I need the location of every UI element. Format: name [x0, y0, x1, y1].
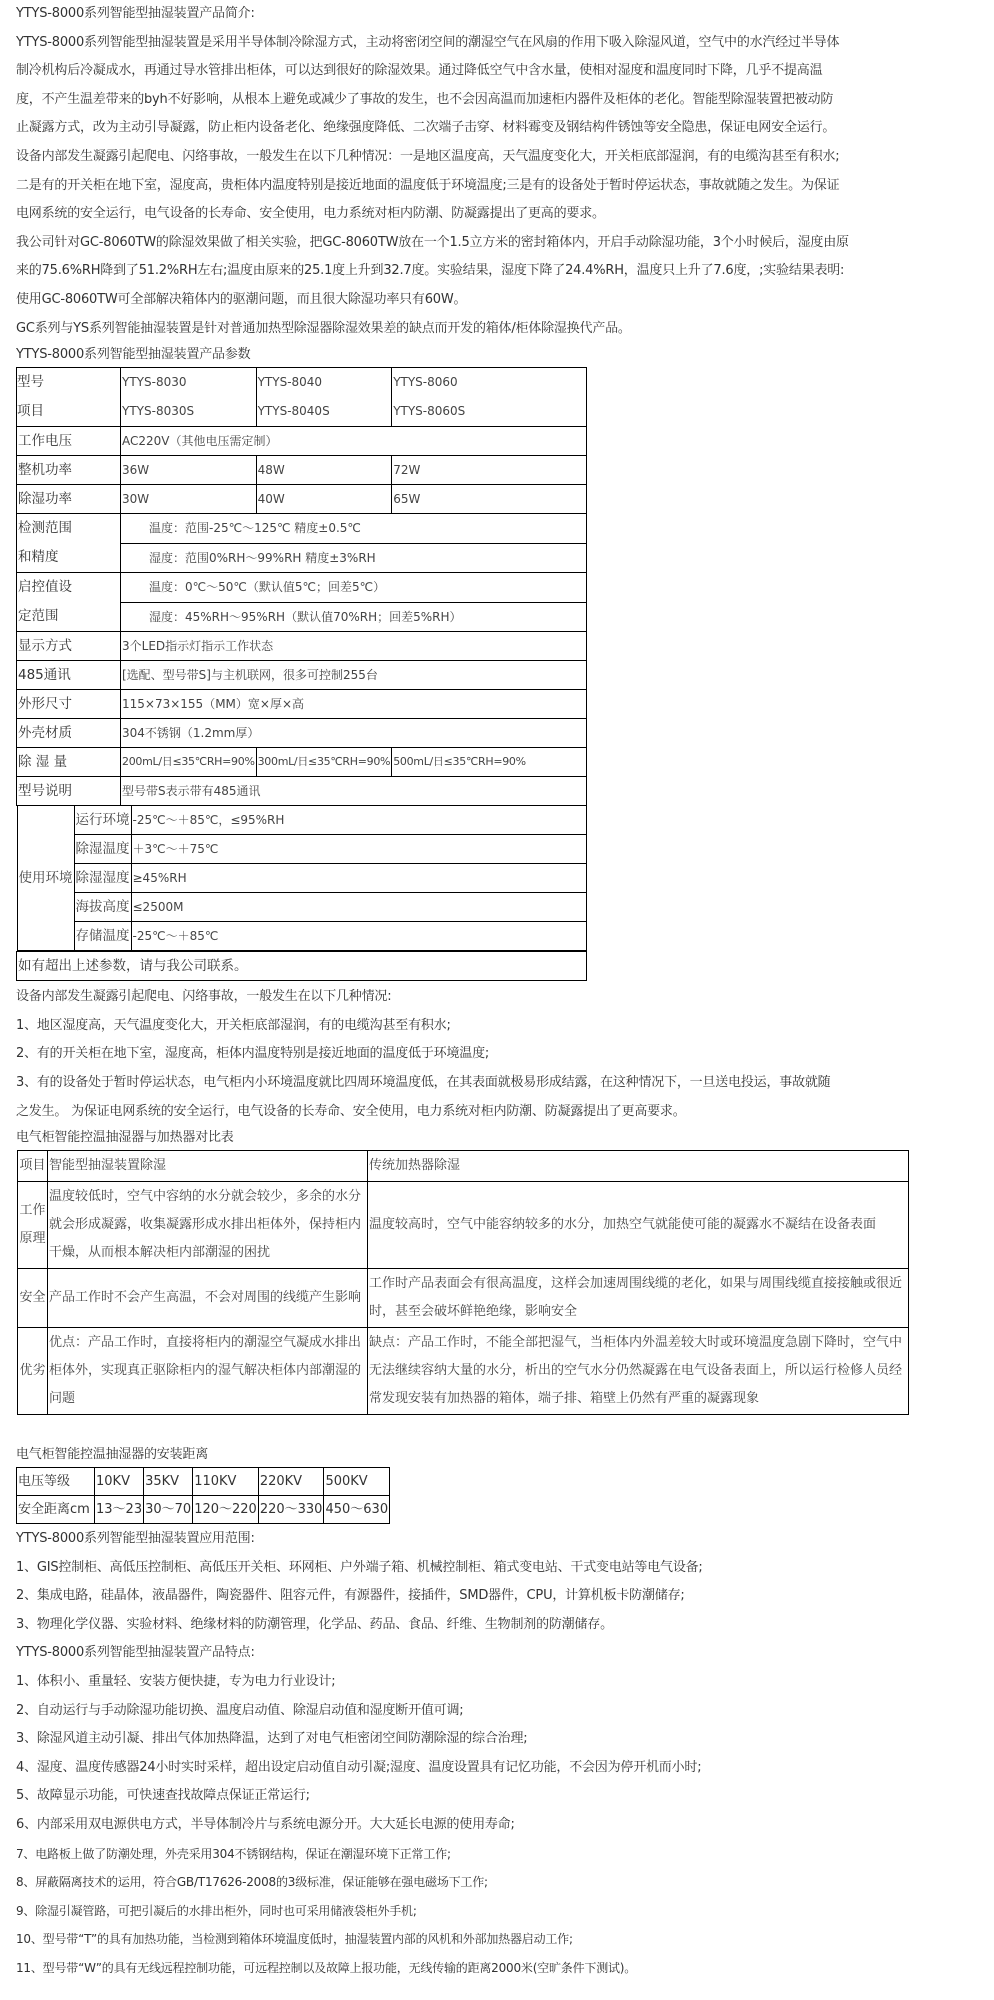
params-value: 3个LED指示灯指示工作状态 — [121, 632, 587, 661]
intro-line: 度，不产生温差带来的byh不好影响，从根本上避免或减少了事故的发生，也不会因高温… — [16, 86, 994, 115]
compare-cell: 工作时产品表面会有很高温度，这样会加速周围线缆的老化，如果与周围线缆直接接触或很… — [368, 1269, 909, 1328]
conditions-item: 之发生。 为保证电网系统的安全运行，电气设备的长寿命、安全使用，电力系统对柜内防… — [16, 1098, 994, 1127]
params-model-cell: YTYS-8040 YTYS-8040S — [256, 368, 392, 427]
params-footer: 如有超出上述参数，请与我公司联系。 — [17, 952, 587, 981]
compare-cell: 缺点：产品工作时，不能全部把湿气，当柜体内外温差较大时或环境温度急剧下降时，空气… — [368, 1328, 909, 1415]
distance-header: 220KV — [258, 1468, 324, 1496]
params-value: 40W — [256, 485, 392, 514]
features-item: 2、自动运行与手动除湿功能切换、温度启动值、除湿启动值和湿度断开值可调; — [16, 1697, 994, 1726]
intro-line: 止凝露方式，改为主动引导凝露，防止柜内设备老化、绝缘强度降低、二次端子击穿、材料… — [16, 114, 994, 143]
conditions-item: 3、有的设备处于暂时停运状态，电气柜内小环境温度就比四周环境温度低，在其表面就极… — [16, 1069, 994, 1098]
params-env-key: 除湿温度 — [74, 835, 131, 864]
compare-header: 项目 — [18, 1151, 48, 1182]
params-value: 115×73×155（MM）宽×厚×高 — [121, 690, 587, 719]
compare-cell: 优点：产品工作时，直接将柜内的潮湿空气凝成水排出柜体外，实现真正驱除柜内的湿气解… — [48, 1328, 368, 1415]
intro-line: GC系列与YS系列智能抽湿装置是针对普通加热型除湿器除湿效果差的缺点而开发的箱体… — [16, 315, 994, 344]
params-row-label: 整机功率 — [17, 456, 121, 485]
conditions-item: 2、有的开关柜在地下室，湿度高，柜体内温度特别是接近地面的温度低于环境温度; — [16, 1040, 994, 1069]
params-row-label: 启控值设 定范围 — [17, 573, 121, 632]
params-env-key: 海拔高度 — [74, 893, 131, 922]
params-env-value: -25℃～＋85℃，≤95%RH — [131, 806, 586, 835]
params-row-label: 检测范围 和精度 — [17, 514, 121, 573]
distance-title: 电气柜智能控温抽湿器的安装距离 — [16, 1443, 994, 1467]
params-env-key: 存储温度 — [74, 922, 131, 951]
params-value: 48W — [256, 456, 392, 485]
scope-title: YTYS-8000系列智能型抽湿装置应用范围: — [16, 1525, 994, 1554]
params-value: 304不锈钢（1.2mm厚） — [121, 719, 587, 748]
params-env-value: ＋3℃～＋75℃ — [131, 835, 586, 864]
distance-header: 35KV — [144, 1468, 193, 1496]
features-item: 3、除湿风道主动引凝、排出气体加热降温，达到了对电气柜密闭空间防潮除湿的综合治理… — [16, 1725, 994, 1754]
params-table: 型号 项目 YTYS-8030 YTYS-8030S YTYS-8040 YTY… — [16, 367, 587, 981]
params-value: 湿度：45%RH～95%RH（默认值70%RH；回差5%RH） — [121, 602, 587, 632]
distance-header: 110KV — [193, 1468, 259, 1496]
intro-line: 我公司针对GC-8060TW的除湿效果做了相关实验，把GC-8060TW放在一个… — [16, 229, 994, 258]
params-row-label: 外形尺寸 — [17, 690, 121, 719]
distance-table: 电压等级 10KV 35KV 110KV 220KV 500KV 安全距离cm … — [16, 1467, 390, 1524]
params-row-label: 工作电压 — [17, 427, 121, 456]
features-item: 4、湿度、温度传感器24小时实时采样，超出设定启动值自动引凝;湿度、温度设置具有… — [16, 1754, 994, 1783]
intro-line: 使用GC-8060TW可全部解决箱体内的驱潮问题，而且很大除湿功率只有60W。 — [16, 286, 994, 315]
compare-cell: 产品工作时不会产生高温，不会对周围的线缆产生影响 — [48, 1269, 368, 1328]
params-value: 湿度：范围0%RH～99%RH 精度±3%RH — [121, 543, 587, 573]
params-value: 36W — [121, 456, 257, 485]
compare-row-label: 工作原理 — [18, 1182, 48, 1269]
scope-item: 2、集成电路，硅晶体，液晶器件，陶瓷器件、阻容元件，有源器件，接插件，SMD器件… — [16, 1582, 994, 1611]
params-env-key: 除湿湿度 — [74, 864, 131, 893]
params-value: 500mL/日≤35℃RH=90% — [392, 748, 587, 777]
params-env-wrapper: 使用环境 运行环境 -25℃～＋85℃，≤95%RH 除湿温度 ＋3℃～＋75℃… — [17, 806, 587, 952]
params-row-label: 型号说明 — [17, 777, 121, 806]
features-item: 11、型号带“W”的具有无线远程控制功能，可远程控制以及故障上报功能，无线传输的… — [16, 1954, 994, 1983]
params-value: 温度：范围-25℃～125℃ 精度±0.5℃ — [121, 514, 587, 544]
distance-header: 电压等级 — [17, 1468, 95, 1496]
params-env-key: 运行环境 — [74, 806, 131, 835]
compare-header: 传统加热器除湿 — [368, 1151, 909, 1182]
features-item: 6、内部采用双电源供电方式，半导体制冷片与系统电源分开。大大延长电源的使用寿命; — [16, 1811, 994, 1840]
compare-header: 智能型抽湿装置除湿 — [48, 1151, 368, 1182]
conditions-item: 1、地区湿度高，天气温度变化大，开关柜底部湿润，有的电缆沟甚至有积水; — [16, 1012, 994, 1041]
document-page: YTYS-8000系列智能型抽湿装置产品简介: YTYS-8000系列智能型抽湿… — [0, 0, 994, 1983]
params-model-cell: YTYS-8030 YTYS-8030S — [121, 368, 257, 427]
params-env-value: ≥45%RH — [131, 864, 586, 893]
compare-cell: 温度较高时，空气中能容纳较多的水分，加热空气就能使可能的凝露水不凝结在设备表面 — [368, 1182, 909, 1269]
compare-table: 项目 智能型抽湿装置除湿 传统加热器除湿 工作原理 温度较低时，空气中容纳的水分… — [17, 1150, 909, 1415]
params-title: YTYS-8000系列智能型抽湿装置产品参数 — [16, 343, 994, 367]
features-item: 9、除湿引凝管路，可把引凝后的水排出柜外，同时也可采用储液袋柜外手机; — [16, 1897, 994, 1926]
features-item: 5、故障显示功能，可快速查找故障点保证正常运行; — [16, 1782, 994, 1811]
intro-line: 制冷机构后冷凝成水，再通过导水管排出柜体，可以达到很好的除湿效果。通过降低空气中… — [16, 57, 994, 86]
features-item: 7、电路板上做了防潮处理，外壳采用304不锈钢结构，保证在潮湿环境下正常工作; — [16, 1840, 994, 1869]
params-value: 温度：0℃～50℃（默认值5℃；回差5℃） — [121, 573, 587, 603]
intro-line: 电网系统的安全运行，电气设备的长寿命、安全使用，电力系统对柜内防潮、防凝露提出了… — [16, 200, 994, 229]
params-value: 72W — [392, 456, 587, 485]
compare-row-label: 安全 — [18, 1269, 48, 1328]
features-item: 8、屏蔽隔离技术的运用，符合GB/T17626-2008的3级标准，保证能够在强… — [16, 1868, 994, 1897]
params-env-table: 使用环境 运行环境 -25℃～＋85℃，≤95%RH 除湿温度 ＋3℃～＋75℃… — [17, 806, 587, 951]
params-value: 300mL/日≤35℃RH=90% — [256, 748, 392, 777]
params-value: 200mL/日≤35℃RH=90% — [121, 748, 257, 777]
distance-cell: 13～23 — [95, 1496, 144, 1524]
params-env-value: ≤2500M — [131, 893, 586, 922]
params-row-label: 显示方式 — [17, 632, 121, 661]
compare-cell: 温度较低时，空气中容纳的水分就会较少，多余的水分就会形成凝露，收集凝露形成水排出… — [48, 1182, 368, 1269]
conditions-title: 设备内部发生凝露引起爬电、闪络事故，一般发生在以下几种情况: — [16, 983, 994, 1012]
distance-cell: 450～630 — [324, 1496, 390, 1524]
params-model-cell: YTYS-8060 YTYS-8060S — [392, 368, 587, 427]
features-item: 10、型号带“T”的具有加热功能，当检测到箱体环境温度低时，抽湿装置内部的风机和… — [16, 1925, 994, 1954]
params-value: 型号带S表示带有485通讯 — [121, 777, 587, 806]
compare-title: 电气柜智能控温抽湿器与加热器对比表 — [16, 1126, 994, 1150]
params-env-label: 使用环境 — [17, 806, 74, 951]
params-row-label: 除湿功率 — [17, 485, 121, 514]
params-row-label: 485通讯 — [17, 661, 121, 690]
intro-line: 来的75.6%RH降到了51.2%RH左右;温度由原来的25.1度上升到32.7… — [16, 257, 994, 286]
intro-line: YTYS-8000系列智能型抽湿装置是采用半导体制冷除湿方式，主动将密闭空间的潮… — [16, 29, 994, 58]
params-value: [选配、型号带S]与主机联网，很多可控制255台 — [121, 661, 587, 690]
distance-header: 500KV — [324, 1468, 390, 1496]
params-row-label: 外壳材质 — [17, 719, 121, 748]
intro-line: 设备内部发生凝露引起爬电、闪络事故，一般发生在以下几种情况：一是地区温度高，天气… — [16, 143, 994, 172]
features-title: YTYS-8000系列智能型抽湿装置产品特点: — [16, 1639, 994, 1668]
distance-cell: 220～330 — [258, 1496, 324, 1524]
distance-header: 10KV — [95, 1468, 144, 1496]
params-value: AC220V（其他电压需定制） — [121, 427, 587, 456]
params-value: 65W — [392, 485, 587, 514]
scope-item: 1、GIS控制柜、高低压控制柜、高低压开关柜、环网柜、户外端子箱、机械控制柜、箱… — [16, 1554, 994, 1583]
params-env-value: -25℃～＋85℃ — [131, 922, 586, 951]
scope-item: 3、物理化学仪器、实验材料、绝缘材料的防潮管理，化学品、药品、食品、纤维、生物制… — [16, 1611, 994, 1640]
compare-row-label: 优劣 — [18, 1328, 48, 1415]
distance-cell: 120～220 — [193, 1496, 259, 1524]
intro-line: 二是有的开关柜在地下室，湿度高，贵柜体内温度特别是接近地面的温度低于环境温度;三… — [16, 172, 994, 201]
distance-cell: 安全距离cm — [17, 1496, 95, 1524]
params-row-label: 除 湿 量 — [17, 748, 121, 777]
distance-cell: 30～70 — [144, 1496, 193, 1524]
params-value: 30W — [121, 485, 257, 514]
params-model-label: 型号 项目 — [17, 368, 121, 427]
features-item: 1、体积小、重量轻、安装方便快捷，专为电力行业设计; — [16, 1668, 994, 1697]
intro-title: YTYS-8000系列智能型抽湿装置产品简介: — [16, 0, 994, 29]
